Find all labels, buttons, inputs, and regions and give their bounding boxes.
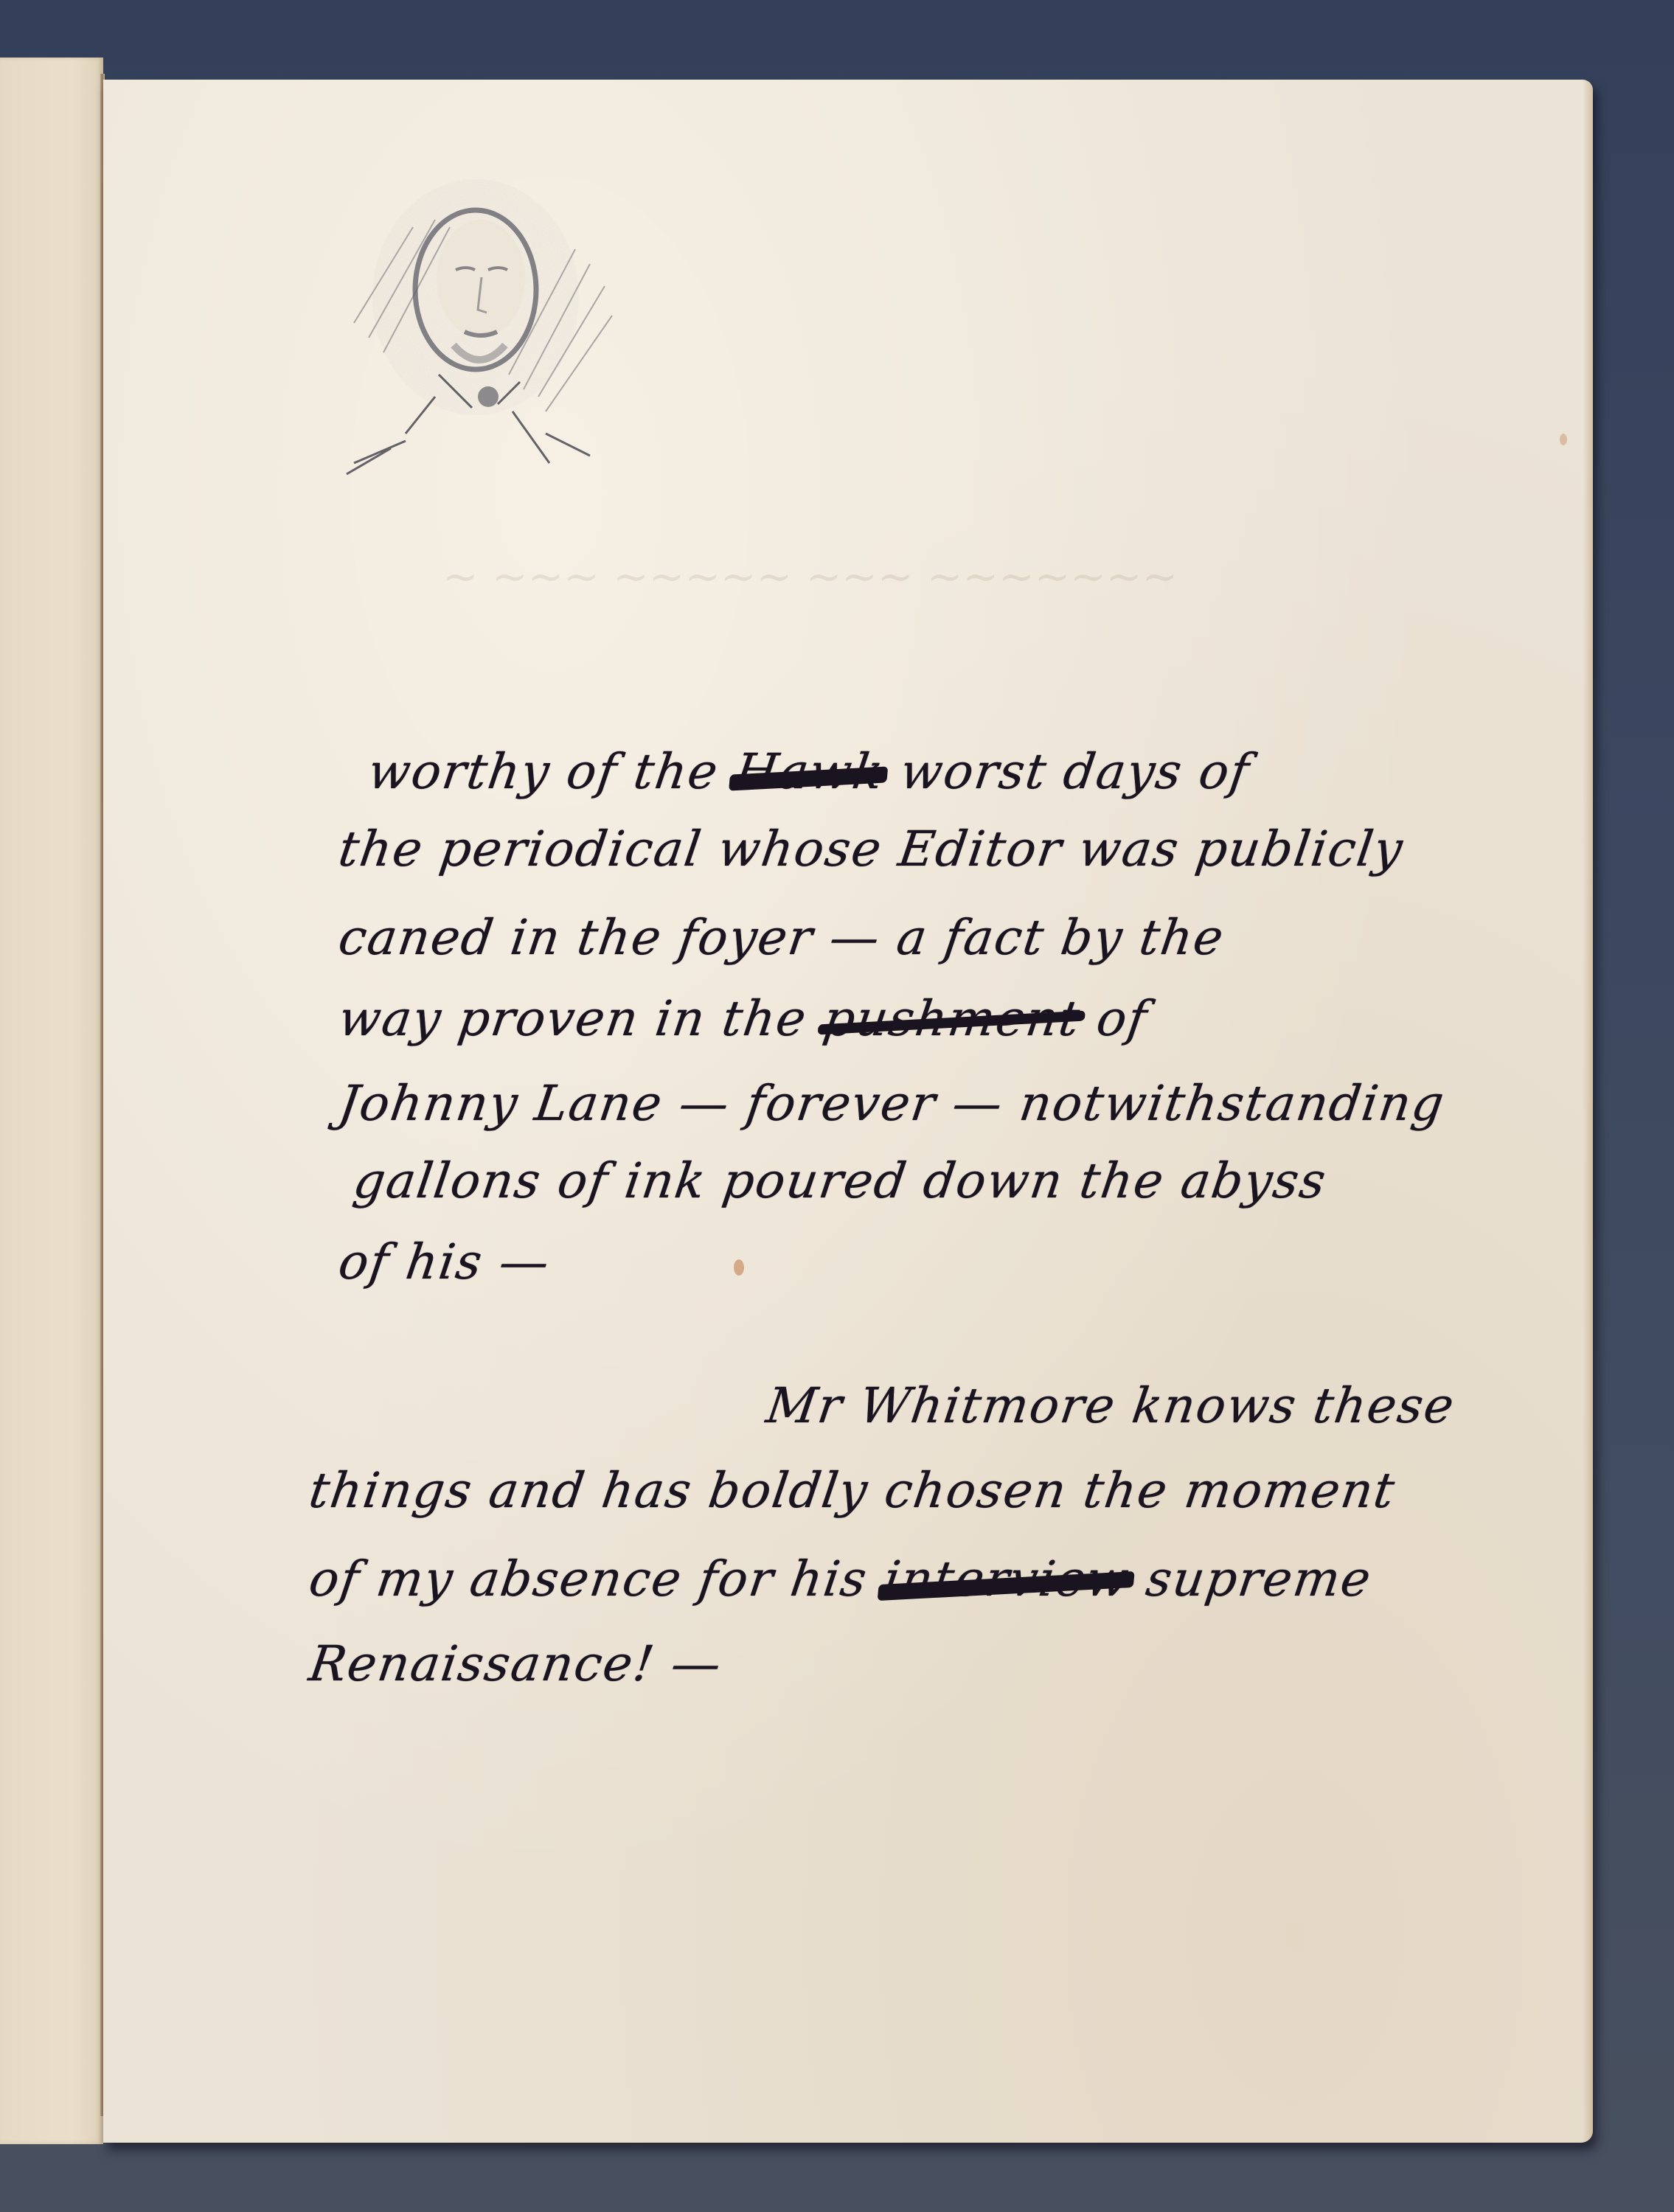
manuscript-line: way proven in the pushment of bbox=[336, 990, 1152, 1047]
crossed-out-word: pushment bbox=[820, 990, 1085, 1047]
manuscript-line: of his — bbox=[336, 1234, 554, 1290]
manuscript-line: worthy of the Hawk worst days of bbox=[365, 743, 1254, 800]
manuscript-line: of my absence for his interview supreme bbox=[306, 1551, 1376, 1607]
manuscript-page: ~ ~~~ ~~~~~ ~~~ ~~~~~~~ Pencil portrait … bbox=[103, 80, 1593, 2143]
manuscript-line: gallons of ink poured down the abyss bbox=[350, 1152, 1330, 1209]
paper-stain bbox=[1560, 434, 1567, 445]
manuscript-line: caned in the foyer — a fact by the bbox=[336, 909, 1229, 966]
left-page-edge bbox=[0, 58, 103, 2144]
page-edge-shading bbox=[1583, 80, 1593, 2143]
crossed-out-word: interview bbox=[881, 1551, 1134, 1607]
manuscript-line: the periodical whose Editor was publicly bbox=[336, 821, 1408, 877]
manuscript-line: Johnny Lane — forever — notwithstanding bbox=[336, 1075, 1449, 1132]
crossed-out-word: Hawk bbox=[732, 743, 888, 800]
manuscript-line: Renaissance! — bbox=[306, 1635, 726, 1692]
portrait-sketch: Pencil portrait sketch of a man's head a… bbox=[324, 139, 634, 478]
manuscript-line: things and has boldly chosen the moment bbox=[306, 1462, 1400, 1519]
show-through-text: ~ ~~~ ~~~~~ ~~~ ~~~~~~~ bbox=[442, 552, 1178, 602]
paper-stain bbox=[734, 1259, 744, 1276]
manuscript-line: Mr Whitmore knows these bbox=[763, 1377, 1459, 1434]
